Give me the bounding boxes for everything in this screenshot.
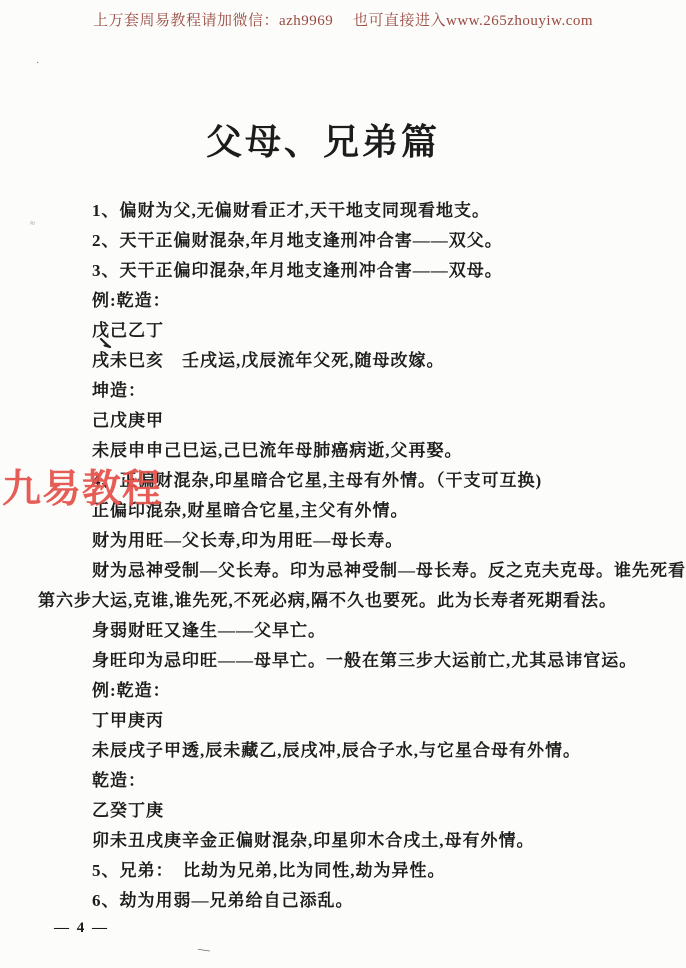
text-line: 丁甲庚丙 — [38, 706, 660, 736]
text-line: 财为忌神受制—父长寿。印为忌神受制—母长寿。反之克夫克母。谁先死看 — [38, 556, 660, 586]
text-line: 未辰戌子甲透,辰未藏乙,辰戌冲,辰合子水,与它星合母有外情。 — [38, 736, 660, 766]
text-line: 身旺印为忌印旺——母早亡。一般在第三步大运前亡,尤其忌讳官运。 — [38, 646, 660, 676]
text-line: 坤造： — [38, 376, 660, 406]
text-line: 1、偏财为父,无偏财看正才,天干地支同现看地支。 — [38, 196, 660, 226]
text-line: 戊己乙丁 — [38, 316, 660, 346]
page-number: — 4 — — [54, 920, 109, 937]
text-line: 卯未丑戌庚辛金正偏财混杂,印星卯木合戌土,母有外情。 — [38, 826, 660, 856]
text-line: 例:乾造： — [38, 286, 660, 316]
text-line: 身弱财旺又逢生——父早亡。 — [38, 616, 660, 646]
site-watermark: 九易教程 — [2, 458, 162, 514]
handwritten-tick-mark — [99, 337, 113, 355]
promo-header-text: 上万套周易教程请加微信：azh9969 也可直接进入www.265zhouyiw… — [0, 9, 686, 30]
document-body: 1、偏财为父,无偏财看正才,天干地支同现看地支。 2、天干正偏财混杂,年月地支逢… — [38, 196, 660, 916]
text-line: 5、兄弟： 比劫为兄弟,比为同性,劫为异性。 — [38, 856, 660, 886]
page-title: 父母、兄弟篇 — [0, 114, 646, 165]
scan-speck: · — [36, 58, 39, 69]
text-line: 戌未巳亥 壬戌运,戊辰流年父死,随母改嫁。 — [38, 346, 660, 376]
text-line: 乾造： — [38, 766, 660, 796]
text-line: 例:乾造： — [38, 676, 660, 706]
text-line: 2、天干正偏财混杂,年月地支逢刑冲合害——双父。 — [38, 226, 660, 256]
text-line: 第六步大运,克谁,谁先死,不死必病,隔不久也要死。此为长寿者死期看法。 — [38, 586, 660, 616]
text-line: 财为用旺—父长寿,印为用旺—母长寿。 — [38, 526, 660, 556]
text-line: 6、劫为用弱—兄弟给自己添乱。 — [38, 886, 660, 916]
scanned-document-page: 上万套周易教程请加微信：azh9969 也可直接进入www.265zhouyiw… — [0, 0, 686, 968]
scan-artifact-dash: ≈ — [30, 218, 35, 228]
text-line: 己戊庚甲 — [38, 406, 660, 436]
scan-artifact-dash: — — [197, 941, 211, 958]
text-line: 3、天干正偏印混杂,年月地支逢刑冲合害——双母。 — [38, 256, 660, 286]
text-line: 乙癸丁庚 — [38, 796, 660, 826]
